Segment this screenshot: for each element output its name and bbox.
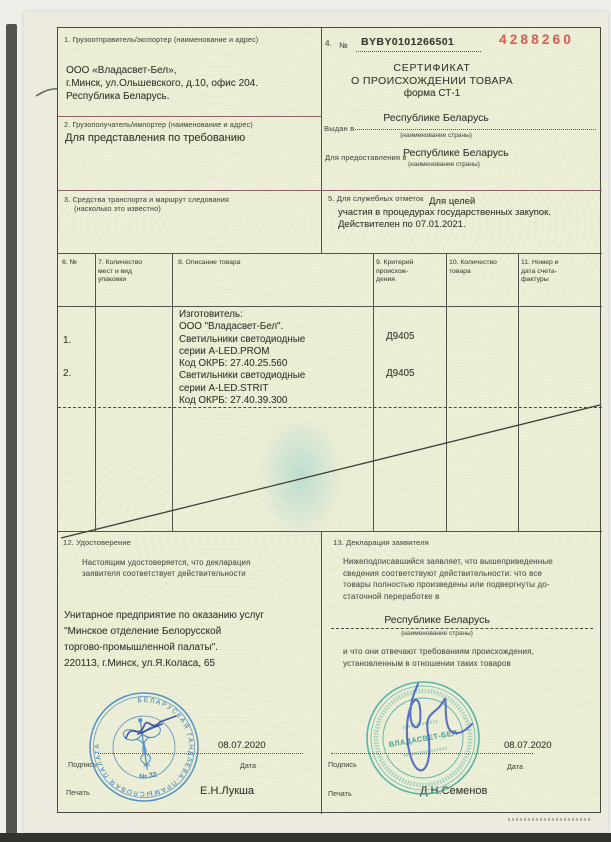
box12-date-label: Дата — [240, 763, 256, 770]
chamber-org-name: Унитарное предприятие по оказанию услуг … — [64, 608, 264, 672]
declaration-country: Республике Беларусь — [331, 614, 543, 626]
certificate-form: 1. Грузоотправитель/экспортер (наименова… — [57, 27, 601, 813]
box12-seal-label: Печать — [66, 790, 90, 797]
box13-date-value: 08.07.2020 — [504, 740, 552, 751]
box13-label: 13. Декларация заявителя — [333, 538, 429, 547]
box13-seal-label: Печать — [328, 791, 352, 798]
declaration-country-underline — [331, 628, 593, 629]
chamber-stamp-number: № 32 — [139, 771, 158, 781]
declaration-country-hint: (наименование страны) — [331, 630, 543, 637]
scanner-edge-shadow-left — [6, 24, 17, 836]
printers-imprint — [508, 818, 592, 821]
box12-date-value: 08.07.2020 — [218, 740, 266, 751]
box12-label: 12. Удостоверение — [63, 538, 131, 547]
box13-date-label: Дата — [507, 764, 523, 771]
scanned-certificate: 1. Грузоотправитель/экспортер (наименова… — [0, 0, 611, 842]
chamber-signature — [118, 708, 198, 758]
box13-signature-label: Подпись — [328, 762, 357, 769]
box12-statement: Настоящим удостоверяется, что декларация… — [82, 557, 250, 579]
box13-statement: Нижеподписавшийся заявляет, что вышеприв… — [343, 556, 553, 602]
declarant-signature — [376, 666, 486, 801]
scanner-edge-shadow-bottom — [0, 833, 611, 842]
